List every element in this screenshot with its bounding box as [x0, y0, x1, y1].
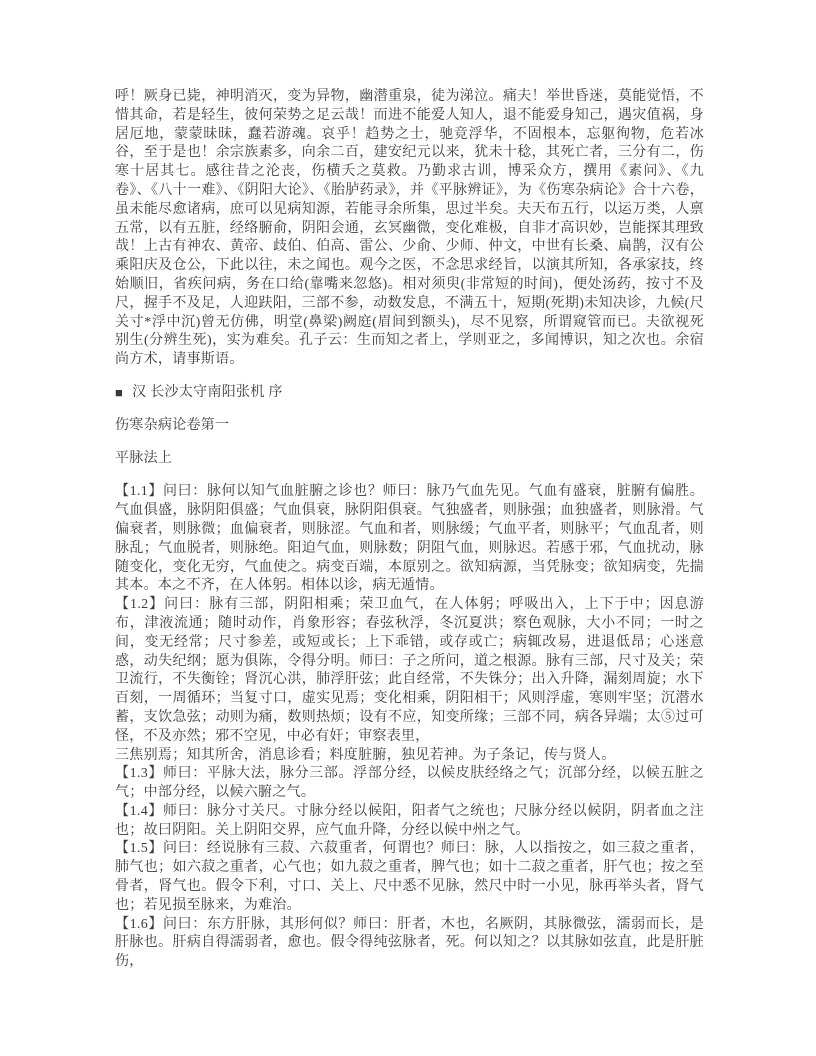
entry-paragraph-1-5: 【1.5】问曰：经说脉有三菽、六菽重者，何谓也？师曰：脉，人以指按之，如三菽之重…	[115, 840, 704, 915]
entries-section: 【1.1】问曰：脉何以知气血脏腑之诊也？师曰：脉乃气血先见。气血有盛衰，脏腑有偏…	[115, 483, 704, 972]
author-attribution-text: 汉 长沙太守南阳张机 序	[132, 384, 283, 403]
document-page: 呼！厥身已毙，神明消灭，变为异物，幽潜重泉，徒为涕泣。痛夫！举世昏迷，莫能觉悟，…	[115, 88, 704, 972]
entry-paragraph-1-1: 【1.1】问曰：脉何以知气血脏腑之诊也？师曰：脉乃气血先见。气血有盛衰，脏腑有偏…	[115, 483, 704, 596]
volume-title: 伤寒杂病论卷第一	[115, 417, 704, 436]
chapter-title: 平脉法上	[115, 450, 704, 469]
black-square-bullet-icon: ■	[115, 384, 123, 403]
entry-paragraph-1-2: 【1.2】问曰：脉有三部，阴阳相乘；荣卫血气，在人体躬；呼吸出入，上下于中；因息…	[115, 596, 704, 765]
entry-paragraph-1-3: 【1.3】师曰：平脉大法，脉分三部。浮部分经，以候皮肤经络之气；沉部分经，以候五…	[115, 765, 704, 803]
preface-paragraph: 呼！厥身已毙，神明消灭，变为异物，幽潜重泉，徒为涕泣。痛夫！举世昏迷，莫能觉悟，…	[115, 88, 704, 370]
entry-paragraph-1-6: 【1.6】问曰：东方肝脉，其形何似？师曰：肝者，木也，名厥阴，其脉微弦，濡弱而长…	[115, 916, 704, 972]
entry-paragraph-1-4: 【1.4】师曰：脉分寸关尺。寸脉分经以候阳，阳者气之统也；尺脉分经以候阴，阴者血…	[115, 803, 704, 841]
author-attribution-line: ■ 汉 长沙太守南阳张机 序	[115, 384, 704, 403]
